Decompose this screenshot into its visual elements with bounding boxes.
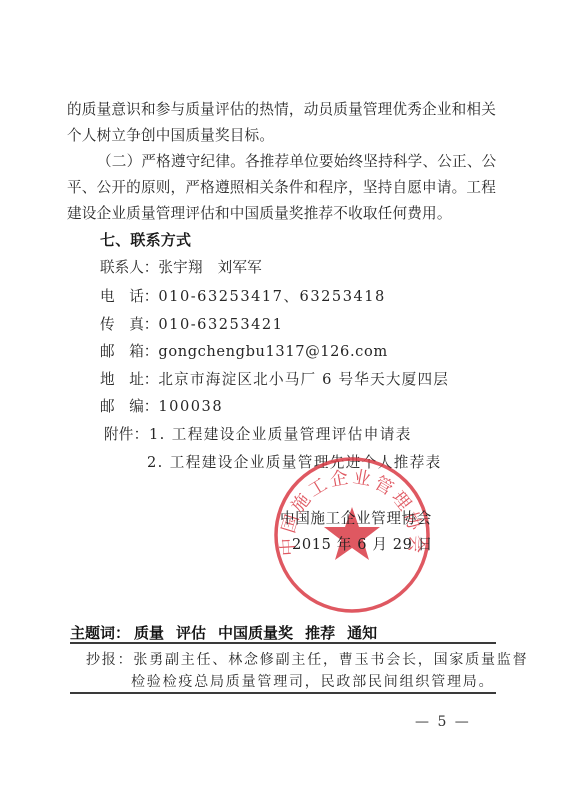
subject-keywords-label: 主题词：	[70, 624, 130, 642]
cc-label: 抄报：	[86, 652, 133, 668]
attachments-label: 附件：	[104, 425, 148, 445]
contact-phone: 电 话：010-63253417、63253418	[100, 287, 386, 307]
keyword: 质量	[134, 624, 164, 642]
section-heading-contact: 七、联系方式	[100, 230, 191, 250]
contact-postcode-label: 邮 编：	[100, 397, 158, 417]
cc-line: 检验检疫总局质量管理司，民政部民间组织管理局。	[131, 671, 494, 691]
contact-persons-value: 张宇翔 刘军军	[158, 259, 262, 276]
contact-phone-value: 010-63253417、63253418	[158, 288, 385, 305]
contact-fax: 传 真：010-63253421	[100, 315, 283, 335]
contact-email: 邮 箱：gongchengbu1317@126.com	[100, 342, 388, 362]
divider-top	[70, 642, 496, 644]
contact-persons: 联系人：张宇翔 刘军军	[100, 258, 262, 278]
contact-email-value[interactable]: gongchengbu1317@126.com	[158, 343, 387, 360]
attachment-number: 2.	[147, 454, 164, 471]
contact-phone-label: 电 话：	[100, 287, 158, 307]
attachment-item: 1. 工程建设企业质量管理评估申请表	[149, 425, 412, 445]
page-number: — 5 —	[415, 714, 471, 730]
signature-organization: 中国施工企业管理协会	[280, 507, 432, 528]
keyword: 通知	[347, 624, 377, 642]
contact-email-label: 邮 箱：	[100, 342, 158, 362]
keyword: 评估	[176, 624, 206, 642]
subject-keywords: 主题词：质量评估中国质量奖推荐通知	[70, 622, 377, 643]
paragraph-line: 建设企业质量管理评估和中国质量奖推荐不收取任何费用。	[67, 204, 452, 224]
cc-line: 抄报：张勇副主任、林念修副主任，曹玉书会长，国家质量监督	[86, 649, 528, 669]
signature-date: 2015 年 6 月 29 日	[292, 533, 433, 554]
paragraph-line: 个人树立争创中国质量奖目标。	[67, 126, 274, 146]
paragraph-line: （二）严格遵守纪律。各推荐单位要始终坚持科学、公正、公	[97, 152, 496, 172]
contact-postcode: 邮 编：100038	[100, 397, 223, 417]
contact-address: 地 址：北京市海淀区北小马厂 6 号华天大厦四层	[100, 370, 449, 390]
contact-address-label: 地 址：	[100, 370, 158, 390]
contact-fax-value: 010-63253421	[158, 316, 283, 333]
contact-postcode-value: 100038	[158, 398, 223, 415]
contact-fax-label: 传 真：	[100, 315, 158, 335]
divider-bottom	[70, 692, 496, 694]
paragraph-line: 的质量意识和参与质量评估的热情，动员质量管理优秀企业和相关	[67, 100, 496, 120]
paragraph-line: 平、公开的原则，严格遵照相关条件和程序，坚持自愿申请。工程	[67, 178, 496, 198]
contact-address-value: 北京市海淀区北小马厂 6 号华天大厦四层	[158, 371, 449, 388]
keyword: 中国质量奖	[218, 624, 293, 642]
keyword: 推荐	[305, 624, 335, 642]
attachment-title: 工程建设企业质量管理评估申请表	[172, 426, 412, 443]
contact-persons-label: 联系人：	[100, 258, 158, 278]
cc-recipients: 张勇副主任、林念修副主任，曹玉书会长，国家质量监督	[133, 652, 528, 668]
attachment-number: 1.	[149, 426, 166, 443]
